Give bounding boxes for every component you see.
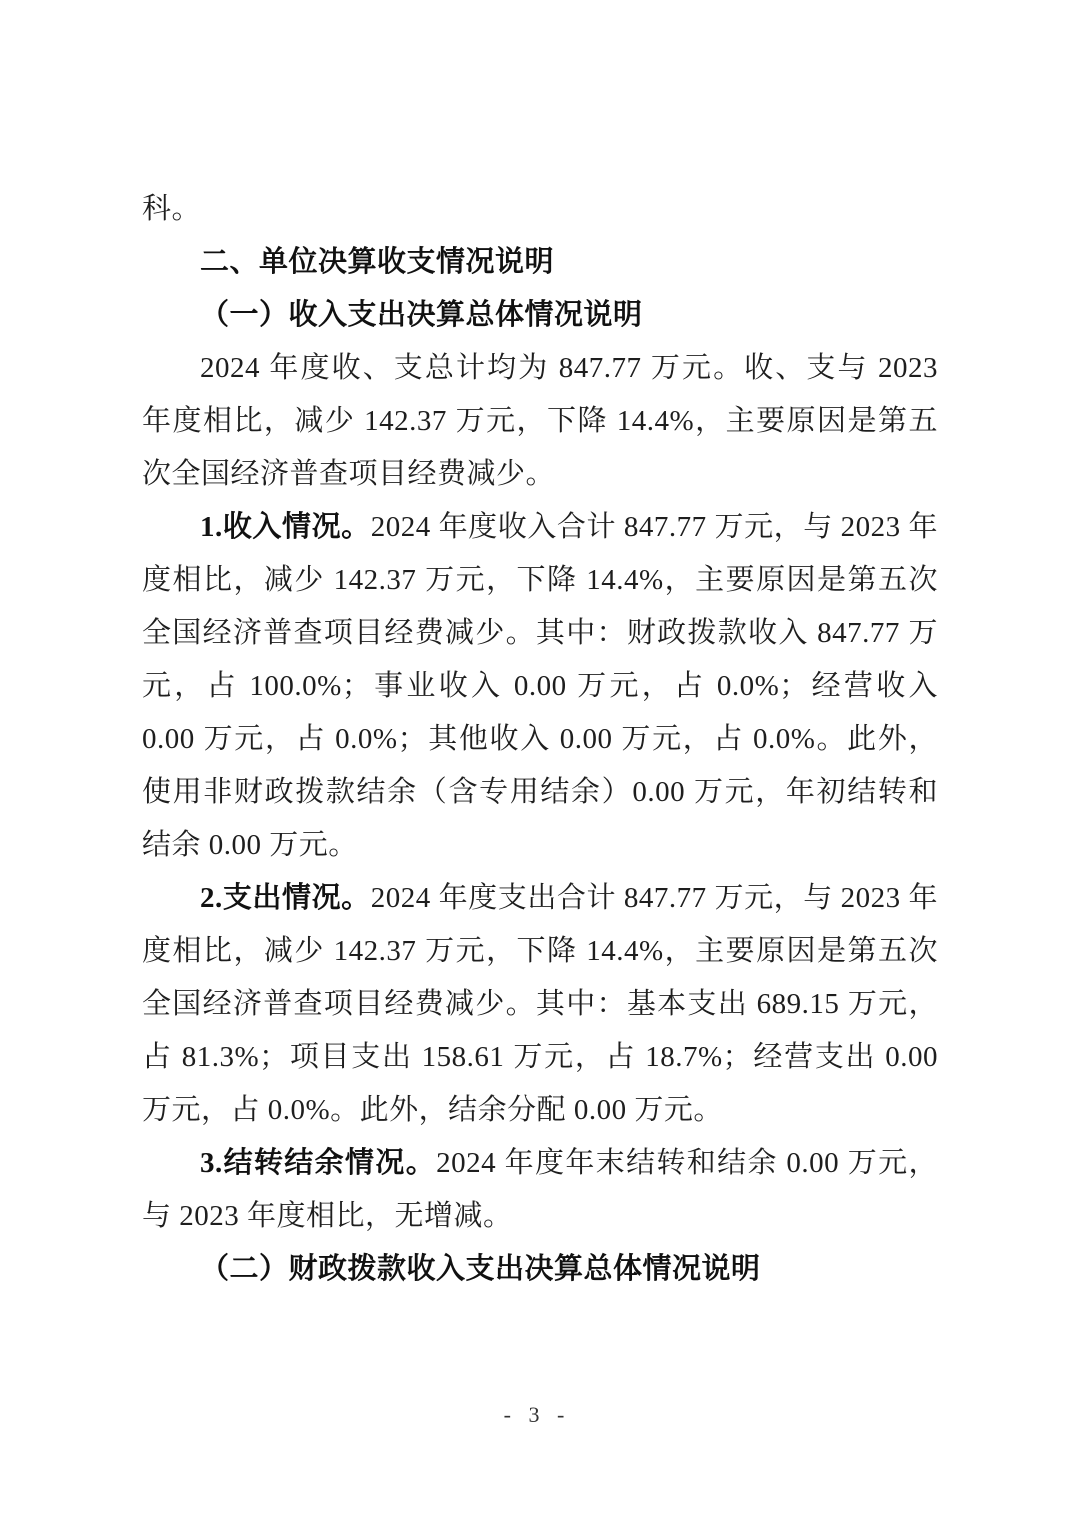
document-page: 科。 二、单位决算收支情况说明 （一）收入支出决算总体情况说明 2024 年度收…: [0, 0, 1074, 1520]
section-heading: 二、单位决算收支情况说明: [142, 236, 938, 289]
income-paragraph-label: 1.收入情况。: [200, 511, 371, 543]
page-number: - 3 -: [504, 1402, 571, 1427]
page-footer: - 3 -: [0, 1398, 1074, 1432]
carryover-paragraph-tail: 科。: [142, 183, 938, 236]
document-body: 科。 二、单位决算收支情况说明 （一）收入支出决算总体情况说明 2024 年度收…: [142, 183, 938, 1296]
income-paragraph-text: 2024 年度收入合计 847.77 万元，与 2023 年度相比，减少 142…: [142, 511, 938, 861]
subsection-heading-fiscal-appropriation: （二）财政拨款收入支出决算总体情况说明: [142, 1243, 938, 1296]
carryover-balance-paragraph: 3.结转结余情况。2024 年度年末结转和结余 0.00 万元，与 2023 年…: [142, 1137, 938, 1243]
subsection-heading-overview: （一）收入支出决算总体情况说明: [142, 289, 938, 342]
income-paragraph: 1.收入情况。2024 年度收入合计 847.77 万元，与 2023 年度相比…: [142, 501, 938, 872]
expenditure-paragraph: 2.支出情况。2024 年度支出合计 847.77 万元，与 2023 年度相比…: [142, 872, 938, 1137]
overview-paragraph: 2024 年度收、支总计均为 847.77 万元。收、支与 2023 年度相比，…: [142, 342, 938, 501]
expenditure-paragraph-text: 2024 年度支出合计 847.77 万元，与 2023 年度相比，减少 142…: [142, 882, 938, 1126]
carryover-balance-label: 3.结转结余情况。: [200, 1147, 436, 1179]
expenditure-paragraph-label: 2.支出情况。: [200, 882, 371, 914]
